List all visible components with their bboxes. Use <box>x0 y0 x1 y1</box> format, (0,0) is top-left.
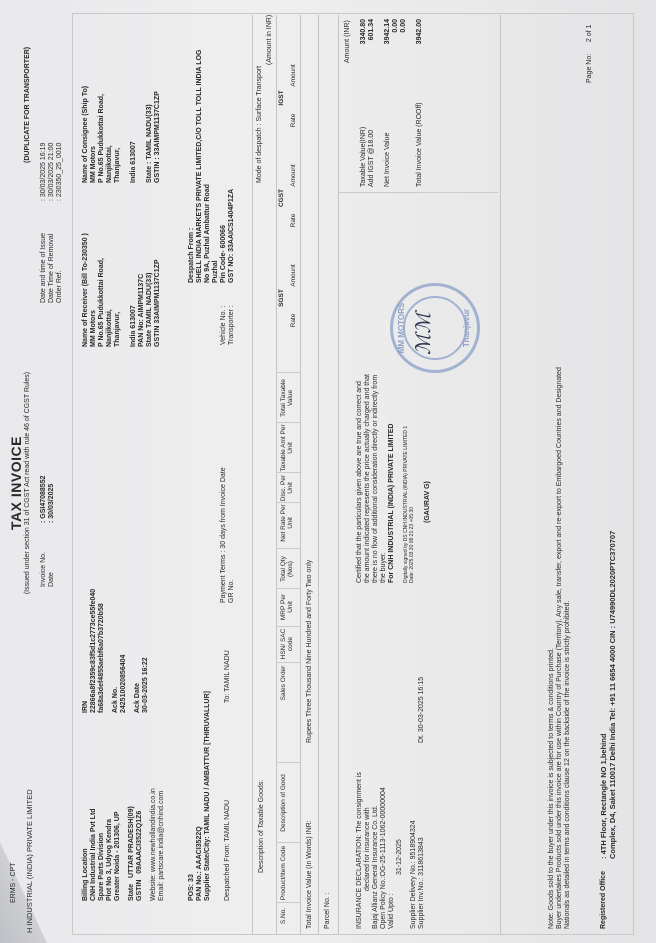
tax-sub-header: Amount <box>290 53 297 98</box>
order-ref-value: 230350_25_0010 <box>56 143 63 198</box>
column-header: S.No. <box>280 903 287 929</box>
receiver-state: State TAMIL NADU(33) <box>146 233 154 347</box>
column-header: Description of Good <box>280 763 287 843</box>
dispatched-from: Despatched From: TAMIL NADU <box>224 800 232 901</box>
issue-label: Date and time of Issue <box>40 233 48 303</box>
stamp-text: MM MOTORS <box>397 286 406 370</box>
divider <box>276 15 277 935</box>
certification-block: Certified that the particulars given abo… <box>356 373 432 583</box>
receiver-pan: PAN No: AIMPM1137C <box>138 233 146 347</box>
divider <box>276 762 300 763</box>
email[interactable]: Email: partscare.india@cnhind.com <box>158 788 166 901</box>
column-header: Total Qty (Nos) <box>280 549 295 589</box>
billing-heading: Billing Location <box>82 788 90 901</box>
divider <box>500 15 501 935</box>
billing-line: CNH Industrial India Pvt Ltd <box>90 788 98 901</box>
insurance-line: Valid Upto : <box>388 772 396 929</box>
payment-terms-label: Payment Terms <box>220 555 227 604</box>
receiver-line: Thanjavur, <box>114 233 122 347</box>
supplier-block: POS: 33 PAN No.: AAACI3522Q Supplier Sta… <box>188 691 212 901</box>
gstin-label: GSTIN <box>136 880 143 901</box>
supplier-inv-date: Dt. 30-03-2025 16:15 <box>418 677 426 743</box>
supplier-delivery-no: Supplier Delivery No.: 9518904324 <box>410 772 418 929</box>
irn-block: IRN 22866a8f2359c83f5d1c2773ce55fe040 fa… <box>82 589 150 713</box>
divider <box>276 372 300 373</box>
divider <box>318 15 319 935</box>
totals-value: 0.00 <box>400 19 408 33</box>
website[interactable]: Website: www.newhollandindia.co.in <box>150 788 158 901</box>
column-header: Total Taxable Value <box>280 373 295 423</box>
receiver-line: P No.65 Pudukkottai Road, <box>98 233 106 347</box>
receiver-pin: India 613007 <box>130 233 138 347</box>
page-title: TAX INVOICE <box>8 403 24 563</box>
divider <box>252 15 253 935</box>
registered-office-label: Registered Office <box>600 871 608 929</box>
ack-date: 30-03-2025 16:22 <box>142 589 150 713</box>
totals-value: 3942.14 <box>384 19 392 44</box>
receiver-line: MM Motors <box>90 233 98 347</box>
tax-invoice-page: ERMS - CPT H INDUSTRIAL (INDIA) PRIVATE … <box>0 0 656 943</box>
column-header: Taxable Amt Per Unit <box>280 423 295 473</box>
invoice-no-label: Invoice No. <box>40 517 48 587</box>
certification-for: For CNH INDUSTRIAL (INDIA) PRIVATE LIMIT… <box>388 373 396 583</box>
supplier-state-city: Supplier State/City: TAMIL NADU / AMBATT… <box>204 691 212 901</box>
consignee-line: MM Motors <box>90 86 98 183</box>
insurance-line: INSURANCE DECLARATION: The consignment i… <box>356 772 364 929</box>
tax-group-header: SGST <box>278 253 285 343</box>
totals-row: 0.00 <box>392 19 400 187</box>
totals-value: 3340.80 <box>360 19 368 44</box>
mode-of-despatch: Mode of despatch : Surface Transport <box>256 66 264 183</box>
column-header: Product/Item Code <box>280 843 287 903</box>
note-line: Note: Goods sold to the buyer under this… <box>548 19 556 929</box>
transporter-label: Transporter <box>228 309 235 345</box>
totals-value: 3942.00 <box>416 19 424 44</box>
column-header: Disc. Per Unit <box>280 473 295 503</box>
tax-sub-header: Rate <box>290 98 297 143</box>
totals-value: 0.00 <box>392 19 400 33</box>
consignee-heading: Name of Consignee (Ship To) <box>82 86 90 183</box>
irn-value: fa68a3def4855aebf6a07b3720b58 <box>98 589 106 713</box>
vehicle-no-label: Vehicle No. <box>220 310 227 345</box>
consignee-block: Name of Consignee (Ship To) MM Motors P … <box>82 86 162 183</box>
note-line: Nationals as detailed in terms and condi… <box>564 19 572 929</box>
divider <box>300 15 301 935</box>
irn-value: 22866a8f2359c83f5d1c2773ce55fe040 <box>90 589 98 713</box>
order-ref-label: Order Ref. <box>56 233 64 303</box>
insurance-line: Open Policy No.:OG-25-1113-1062-00000004 <box>380 772 388 929</box>
divider <box>276 626 300 627</box>
billing-block: Billing Location CNH Industrial India Pv… <box>82 788 166 901</box>
despatch-line: No 9A, Puzhal Ambattur Road <box>204 50 212 283</box>
issue-value: 30/03/2025 16:19 <box>40 143 47 198</box>
supplier-inv-no: Supplier Inv.No.: 3118613843 <box>418 772 426 929</box>
ack-no-label: Ack No. <box>112 589 120 713</box>
tax-sub-header: Amount <box>290 253 297 298</box>
tax-sub-header: Rate <box>290 198 297 243</box>
registered-office-address: : 4TH Floor, Rectangle NO 1,behind Compl… <box>600 531 617 859</box>
page-number: 2 of 1 <box>586 25 593 43</box>
divider <box>276 662 300 663</box>
consignee-line: P No.65 Pudukkottai Road, <box>98 86 106 183</box>
divider <box>338 192 498 193</box>
totals-header: Amount (INR) <box>344 20 352 63</box>
copy-type: (DUPLICATE FOR TRANSPORTER) <box>24 47 32 163</box>
table-section-title: Description of Taxable Goods: <box>258 780 266 873</box>
ack-no: 242510020856404 <box>120 589 128 713</box>
parcel-label: Parcel No. : <box>324 892 332 929</box>
insurance-block: INSURANCE DECLARATION: The consignment i… <box>356 772 426 929</box>
dispatched-to: To: TAMIL NADU <box>224 650 232 703</box>
total-words-value: Rupees Three Thousand Nine Hundred and F… <box>306 560 314 743</box>
totals-row: Taxable Value(INR)3340.80 <box>360 19 368 187</box>
totals-block: Taxable Value(INR)3340.80Add IGST @18.00… <box>360 19 424 187</box>
consignee-line: Nanjikottai, <box>106 86 114 183</box>
footer-note: Note: Goods sold to the buyer under this… <box>548 19 572 929</box>
gstin-value: 09AAACI3522Q1Z6 <box>136 811 143 874</box>
tax-sub-header: Amount <box>290 153 297 198</box>
divider <box>276 548 300 549</box>
state-value: UTTAR PRADESH(09) <box>128 806 135 878</box>
company-stamp: MM MOTORS Thanjavur <box>390 283 480 373</box>
receiver-gstin: GSTIN 33AIMPM1137C1ZP <box>154 233 162 347</box>
page-subtitle: (Issued under section 31 of CGST Act rea… <box>24 313 32 653</box>
totals-value: 601.34 <box>368 19 376 40</box>
irn-label: IRN <box>82 589 90 713</box>
column-header: HSN/ SAC code <box>280 627 295 661</box>
totals-label: Taxable Value(INR) <box>360 127 368 187</box>
despatch-line: Pin Code- 600066 <box>220 50 228 283</box>
invoice-date: 30/03/2025 <box>48 484 55 519</box>
despatch-line: SHELL INDIA MARKETS PRIVATE LIMITED,C/O … <box>196 50 204 283</box>
gr-no-label: GR No. <box>228 467 236 603</box>
billing-line: Greater Noida - 201306, UP <box>114 788 122 901</box>
signatory-name: (GAURAV G) <box>424 373 432 583</box>
invoice-no: GSI47088552 <box>40 476 47 519</box>
tax-sub-header: Rate <box>290 298 297 343</box>
pos: POS: 33 <box>188 691 196 901</box>
ack-date-label: Ack Date <box>134 589 142 713</box>
removal-label: Date Time of Removal <box>48 233 56 303</box>
terms-label: ERMS - CPT <box>10 863 18 903</box>
receiver-block: Name of Receiver (Bill To-230350 ) MM Mo… <box>82 233 162 347</box>
totals-label: Net Invoice Value <box>384 133 392 187</box>
date-label: Date <box>48 517 56 587</box>
page-label: Page No: <box>586 54 593 83</box>
despatch-block: Despatch From : SHELL INDIA MARKETS PRIV… <box>188 50 236 283</box>
totals-row: Net Invoice Value3942.14 <box>384 19 392 187</box>
totals-label: Total Invoice Value (ROOff) <box>416 102 424 187</box>
certification-text: Certified that the particulars given abo… <box>356 373 388 583</box>
billing-line: Plot No 3, Udyog Kendra <box>106 788 114 901</box>
consignee-gstin: GSTIN : 33AIMPM1137C1ZP <box>154 86 162 183</box>
tax-group-header: CGST <box>278 153 285 243</box>
amount-note: (Amount in INR) <box>266 15 274 65</box>
payment-terms-value: : 30 days from Invoice Date <box>220 467 227 552</box>
state-label: State <box>128 884 135 901</box>
removal-value: 30/03/2025 21:00 <box>48 143 55 198</box>
despatch-heading: Despatch From : <box>188 50 196 283</box>
stamp-text: Thanjavur <box>462 286 471 370</box>
receiver-heading: Name of Receiver (Bill To-230350 ) <box>82 233 90 347</box>
consignee-state: State : TAMIL NADU(33) <box>146 86 154 183</box>
company-name: H INDUSTRIAL (INDIA) PRIVATE LIMITED <box>26 789 35 933</box>
note-line: Buyer undertakes Products sold under thi… <box>556 19 564 929</box>
total-words-label: Total Invoice Value (In Words) INR: <box>306 820 314 929</box>
supplier-pan: PAN No.: AAACI3522Q <box>196 691 204 901</box>
address-line: Complex, D4, Saket 110017 Delhi India Te… <box>609 531 618 859</box>
totals-row: Add IGST @18.00601.34 <box>368 19 376 187</box>
handwritten-signature: ℳℳ <box>412 312 435 355</box>
totals-row: Total Invoice Value (ROOff)3942.00 <box>416 19 424 187</box>
insurance-line: declared for insurance with <box>364 772 372 929</box>
column-header: Net Rate Per Unit <box>280 503 295 543</box>
tax-group-header: IGST <box>278 53 285 143</box>
despatch-line: GST NO: 33AAICS1404P1ZA <box>228 50 236 283</box>
column-header: MRP Per Unit <box>280 589 295 625</box>
billing-line: Spare Parts Division <box>98 788 106 901</box>
totals-label: Add IGST @18.00 <box>368 130 376 187</box>
despatch-line: Puzhal <box>212 50 220 283</box>
totals-row: 0.00 <box>400 19 408 187</box>
consignee-pin: India 613007 <box>130 86 138 183</box>
insurance-line: 31-12-2025 <box>396 772 404 929</box>
receiver-line: Nanjikottai, <box>106 233 114 347</box>
consignee-line: Thanjavur, <box>114 86 122 183</box>
column-header: Sales Order <box>280 663 287 703</box>
divider <box>338 15 339 935</box>
insurance-line: Bajaj Allianz General Insurance Co. Ltd. <box>372 772 380 929</box>
